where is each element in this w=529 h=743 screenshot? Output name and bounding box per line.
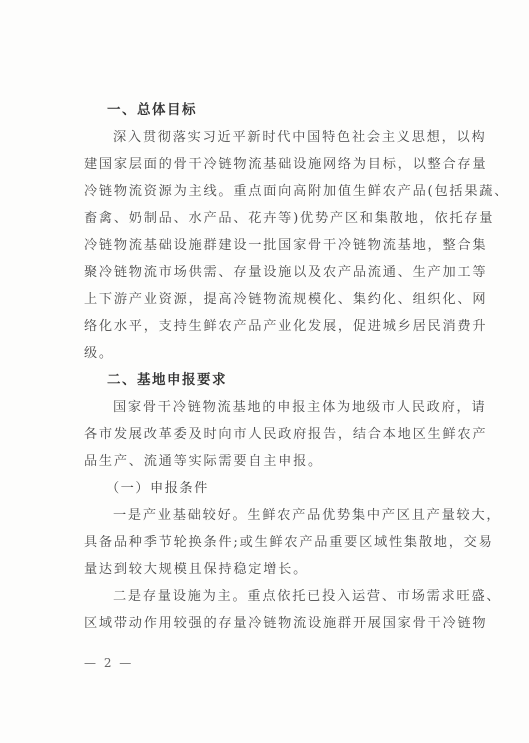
text-line: 量达到较大规模且保持稳定增长。 [84, 556, 470, 583]
text-line: 深入贯彻落实习近平新时代中国特色社会主义思想，以构 [84, 124, 470, 151]
paragraph-condition-2: 二是存量设施为主。重点依托已投入运营、市场需求旺盛、 区域带动作用较强的存量冷链… [84, 583, 470, 637]
paragraph-condition-1: 一是产业基础较好。生鲜农产品优势集中产区且产量较大， 具备品种季节轮换条件;或生… [84, 502, 470, 583]
document-page: 一、总体目标 深入贯彻落实习近平新时代中国特色社会主义思想，以构 建国家层面的骨… [0, 0, 529, 743]
text-line: 上下游产业资源，提高冷链物流规模化、集约化、组织化、网 [84, 286, 470, 313]
text-line: 具备品种季节轮换条件;或生鲜农产品重要区域性集散地，交易 [84, 529, 470, 556]
section-heading-overall-goal: 一、总体目标 [84, 97, 470, 124]
text-line: 各市发展改革委及时向市人民政府报告，结合本地区生鲜农产 [84, 421, 470, 448]
text-line: 建国家层面的骨干冷链物流基础设施网络为目标，以整合存量 [84, 151, 470, 178]
text-line: 一是产业基础较好。生鲜农产品优势集中产区且产量较大， [84, 502, 470, 529]
subsection-heading-conditions: （一）申报条件 [84, 475, 470, 502]
text-line: 络化水平，支持生鲜农产品产业化发展，促进城乡居民消费升 [84, 313, 470, 340]
document-body: 一、总体目标 深入贯彻落实习近平新时代中国特色社会主义思想，以构 建国家层面的骨… [84, 97, 470, 637]
text-line: 品生产、流通等实际需要自主申报。 [84, 448, 470, 475]
text-line: 冷链物流资源为主线。重点面向高附加值生鲜农产品(包括果蔬、 [84, 178, 470, 205]
text-line: 冷链物流基础设施群建设一批国家骨干冷链物流基地，整合集 [84, 232, 470, 259]
page-number: — 2 — [84, 656, 133, 670]
text-line: 级。 [84, 340, 470, 367]
paragraph-application-intro: 国家骨干冷链物流基地的申报主体为地级市人民政府，请 各市发展改革委及时向市人民政… [84, 394, 470, 475]
text-line: 国家骨干冷链物流基地的申报主体为地级市人民政府，请 [84, 394, 470, 421]
paragraph-overall-goal: 深入贯彻落实习近平新时代中国特色社会主义思想，以构 建国家层面的骨干冷链物流基础… [84, 124, 470, 367]
text-line: 畜禽、奶制品、水产品、花卉等)优势产区和集散地，依托存量 [84, 205, 470, 232]
text-line: 区域带动作用较强的存量冷链物流设施群开展国家骨干冷链物 [84, 610, 470, 637]
section-heading-application-requirements: 二、基地申报要求 [84, 367, 470, 394]
text-line: 二是存量设施为主。重点依托已投入运营、市场需求旺盛、 [84, 583, 470, 610]
text-line: 聚冷链物流市场供需、存量设施以及农产品流通、生产加工等 [84, 259, 470, 286]
